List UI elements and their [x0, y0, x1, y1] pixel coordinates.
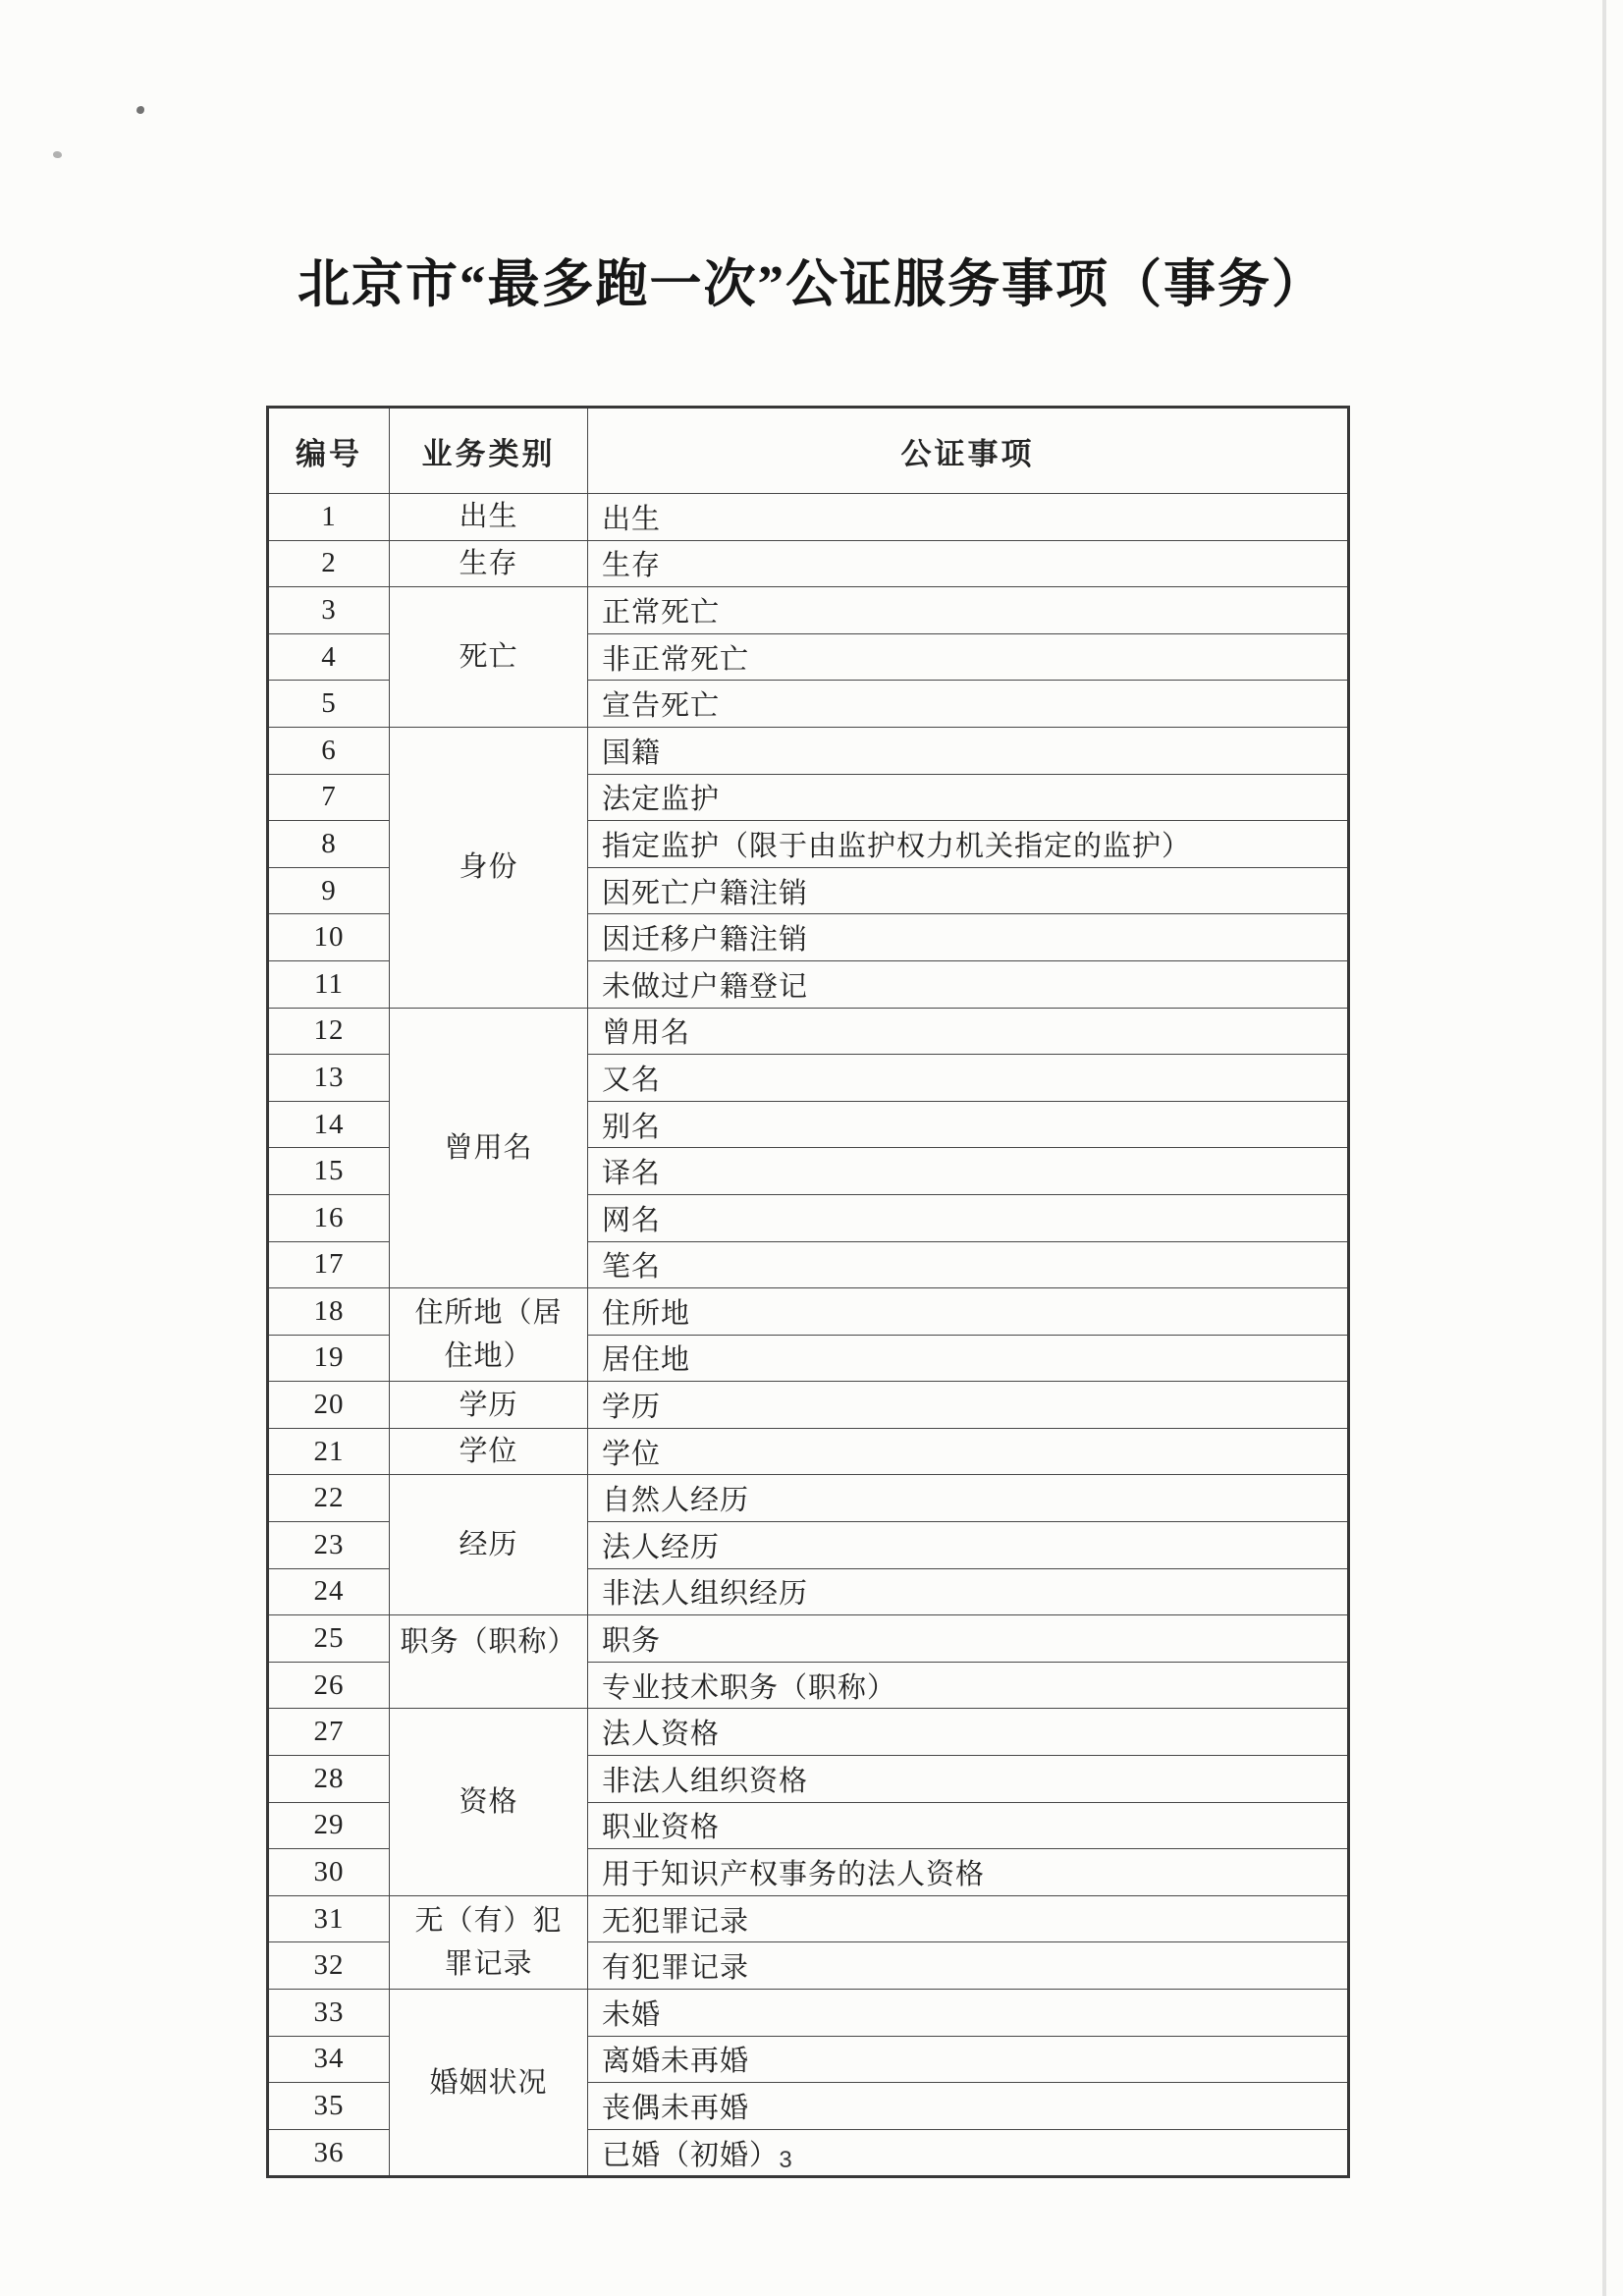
notary-item-cell: 学位 [588, 1428, 1349, 1475]
notary-item-cell: 专业技术职务（职称） [588, 1662, 1349, 1709]
row-number-cell: 6 [268, 727, 390, 774]
scan-edge-line [1602, 0, 1606, 2296]
page-title: 北京市“最多跑一次”公证服务事项（事务） [0, 243, 1623, 317]
row-number-cell: 10 [268, 914, 390, 961]
table-row: 21学位学位 [268, 1428, 1349, 1475]
table-row: 2生存生存 [268, 540, 1349, 587]
notary-item-cell: 居住地 [588, 1335, 1349, 1382]
row-number-cell: 34 [268, 2036, 390, 2083]
row-number-cell: 23 [268, 1522, 390, 1569]
notary-item-cell: 正常死亡 [588, 587, 1349, 634]
header-number: 编号 [268, 408, 390, 494]
table-row: 20学历学历 [268, 1382, 1349, 1429]
notary-item-cell: 法定监护 [588, 774, 1349, 821]
row-number-cell: 4 [268, 633, 390, 681]
row-number-cell: 13 [268, 1055, 390, 1102]
row-number-cell: 33 [268, 1990, 390, 2037]
row-number-cell: 32 [268, 1942, 390, 1990]
notary-item-cell: 未做过户籍登记 [588, 960, 1349, 1008]
row-number-cell: 14 [268, 1101, 390, 1148]
table-row: 27资格法人资格 [268, 1709, 1349, 1756]
row-number-cell: 25 [268, 1615, 390, 1663]
notary-item-cell: 学历 [588, 1382, 1349, 1429]
row-number-cell: 15 [268, 1148, 390, 1195]
row-number-cell: 17 [268, 1241, 390, 1288]
table-row: 33婚姻状况未婚 [268, 1990, 1349, 2037]
row-number-cell: 24 [268, 1568, 390, 1615]
row-number-cell: 27 [268, 1709, 390, 1756]
scan-speck-icon [136, 106, 144, 114]
row-number-cell: 26 [268, 1662, 390, 1709]
scan-speck-icon [53, 151, 62, 158]
category-cell: 死亡 [390, 587, 588, 728]
notary-item-cell: 指定监护（限于由监护权力机关指定的监护） [588, 821, 1349, 868]
table-row: 3死亡正常死亡 [268, 587, 1349, 634]
notary-item-cell: 用于知识产权事务的法人资格 [588, 1849, 1349, 1896]
notary-item-cell: 住所地 [588, 1288, 1349, 1336]
category-cell: 无（有）犯 罪记录 [390, 1895, 588, 1989]
notary-item-cell: 非正常死亡 [588, 633, 1349, 681]
notary-item-cell: 别名 [588, 1101, 1349, 1148]
table-row: 22经历自然人经历 [268, 1475, 1349, 1522]
notary-item-cell: 国籍 [588, 727, 1349, 774]
notary-item-cell: 无犯罪记录 [588, 1895, 1349, 1942]
row-number-cell: 1 [268, 494, 390, 541]
table-body: 1出生出生2生存生存3死亡正常死亡4非正常死亡5宣告死亡6身份国籍7法定监护8指… [268, 494, 1349, 2177]
notary-item-cell: 丧偶未再婚 [588, 2083, 1349, 2130]
notary-items-table: 编号 业务类别 公证事项 1出生出生2生存生存3死亡正常死亡4非正常死亡5宣告死… [266, 406, 1350, 2178]
document-page: 北京市“最多跑一次”公证服务事项（事务） 编号 业务类别 公证事项 1出生出生2… [0, 0, 1623, 2296]
table-header-row: 编号 业务类别 公证事项 [268, 408, 1349, 494]
notary-item-cell: 因死亡户籍注销 [588, 867, 1349, 914]
notary-item-cell: 非法人组织经历 [588, 1568, 1349, 1615]
row-number-cell: 12 [268, 1008, 390, 1055]
category-cell: 住所地（居 住地） [390, 1288, 588, 1382]
category-cell: 经历 [390, 1475, 588, 1615]
notary-item-cell: 笔名 [588, 1241, 1349, 1288]
notary-item-cell: 自然人经历 [588, 1475, 1349, 1522]
row-number-cell: 11 [268, 960, 390, 1008]
row-number-cell: 19 [268, 1335, 390, 1382]
notary-item-cell: 宣告死亡 [588, 681, 1349, 728]
notary-item-cell: 职务 [588, 1615, 1349, 1663]
row-number-cell: 5 [268, 681, 390, 728]
table-row: 12曾用名曾用名 [268, 1008, 1349, 1055]
notary-item-cell: 职业资格 [588, 1802, 1349, 1849]
notary-item-cell: 译名 [588, 1148, 1349, 1195]
row-number-cell: 28 [268, 1756, 390, 1803]
category-cell: 生存 [390, 540, 588, 587]
table-row: 6身份国籍 [268, 727, 1349, 774]
table-row: 1出生出生 [268, 494, 1349, 541]
row-number-cell: 9 [268, 867, 390, 914]
page-number: 3 [0, 2147, 1571, 2174]
category-cell: 出生 [390, 494, 588, 541]
notary-item-cell: 有犯罪记录 [588, 1942, 1349, 1990]
category-cell: 学历 [390, 1382, 588, 1429]
row-number-cell: 22 [268, 1475, 390, 1522]
notary-item-cell: 未婚 [588, 1990, 1349, 2037]
notary-item-cell: 因迁移户籍注销 [588, 914, 1349, 961]
notary-item-cell: 网名 [588, 1194, 1349, 1241]
row-number-cell: 30 [268, 1849, 390, 1896]
notary-item-cell: 非法人组织资格 [588, 1756, 1349, 1803]
notary-item-cell: 出生 [588, 494, 1349, 541]
row-number-cell: 3 [268, 587, 390, 634]
table-row: 31无（有）犯 罪记录无犯罪记录 [268, 1895, 1349, 1942]
category-cell: 曾用名 [390, 1008, 588, 1288]
header-notary-item: 公证事项 [588, 408, 1349, 494]
header-category: 业务类别 [390, 408, 588, 494]
category-cell: 身份 [390, 727, 588, 1008]
row-number-cell: 31 [268, 1895, 390, 1942]
table-row: 25职务（职称）职务 [268, 1615, 1349, 1663]
row-number-cell: 7 [268, 774, 390, 821]
notary-item-cell: 离婚未再婚 [588, 2036, 1349, 2083]
row-number-cell: 18 [268, 1288, 390, 1336]
row-number-cell: 16 [268, 1194, 390, 1241]
category-cell: 学位 [390, 1428, 588, 1475]
row-number-cell: 29 [268, 1802, 390, 1849]
table-row: 18住所地（居 住地）住所地 [268, 1288, 1349, 1336]
notary-item-cell: 法人经历 [588, 1522, 1349, 1569]
row-number-cell: 35 [268, 2083, 390, 2130]
row-number-cell: 8 [268, 821, 390, 868]
notary-item-cell: 生存 [588, 540, 1349, 587]
notary-item-cell: 曾用名 [588, 1008, 1349, 1055]
row-number-cell: 2 [268, 540, 390, 587]
row-number-cell: 21 [268, 1428, 390, 1475]
notary-item-cell: 又名 [588, 1055, 1349, 1102]
row-number-cell: 20 [268, 1382, 390, 1429]
category-cell: 职务（职称） [390, 1615, 588, 1709]
notary-item-cell: 法人资格 [588, 1709, 1349, 1756]
category-cell: 资格 [390, 1709, 588, 1895]
